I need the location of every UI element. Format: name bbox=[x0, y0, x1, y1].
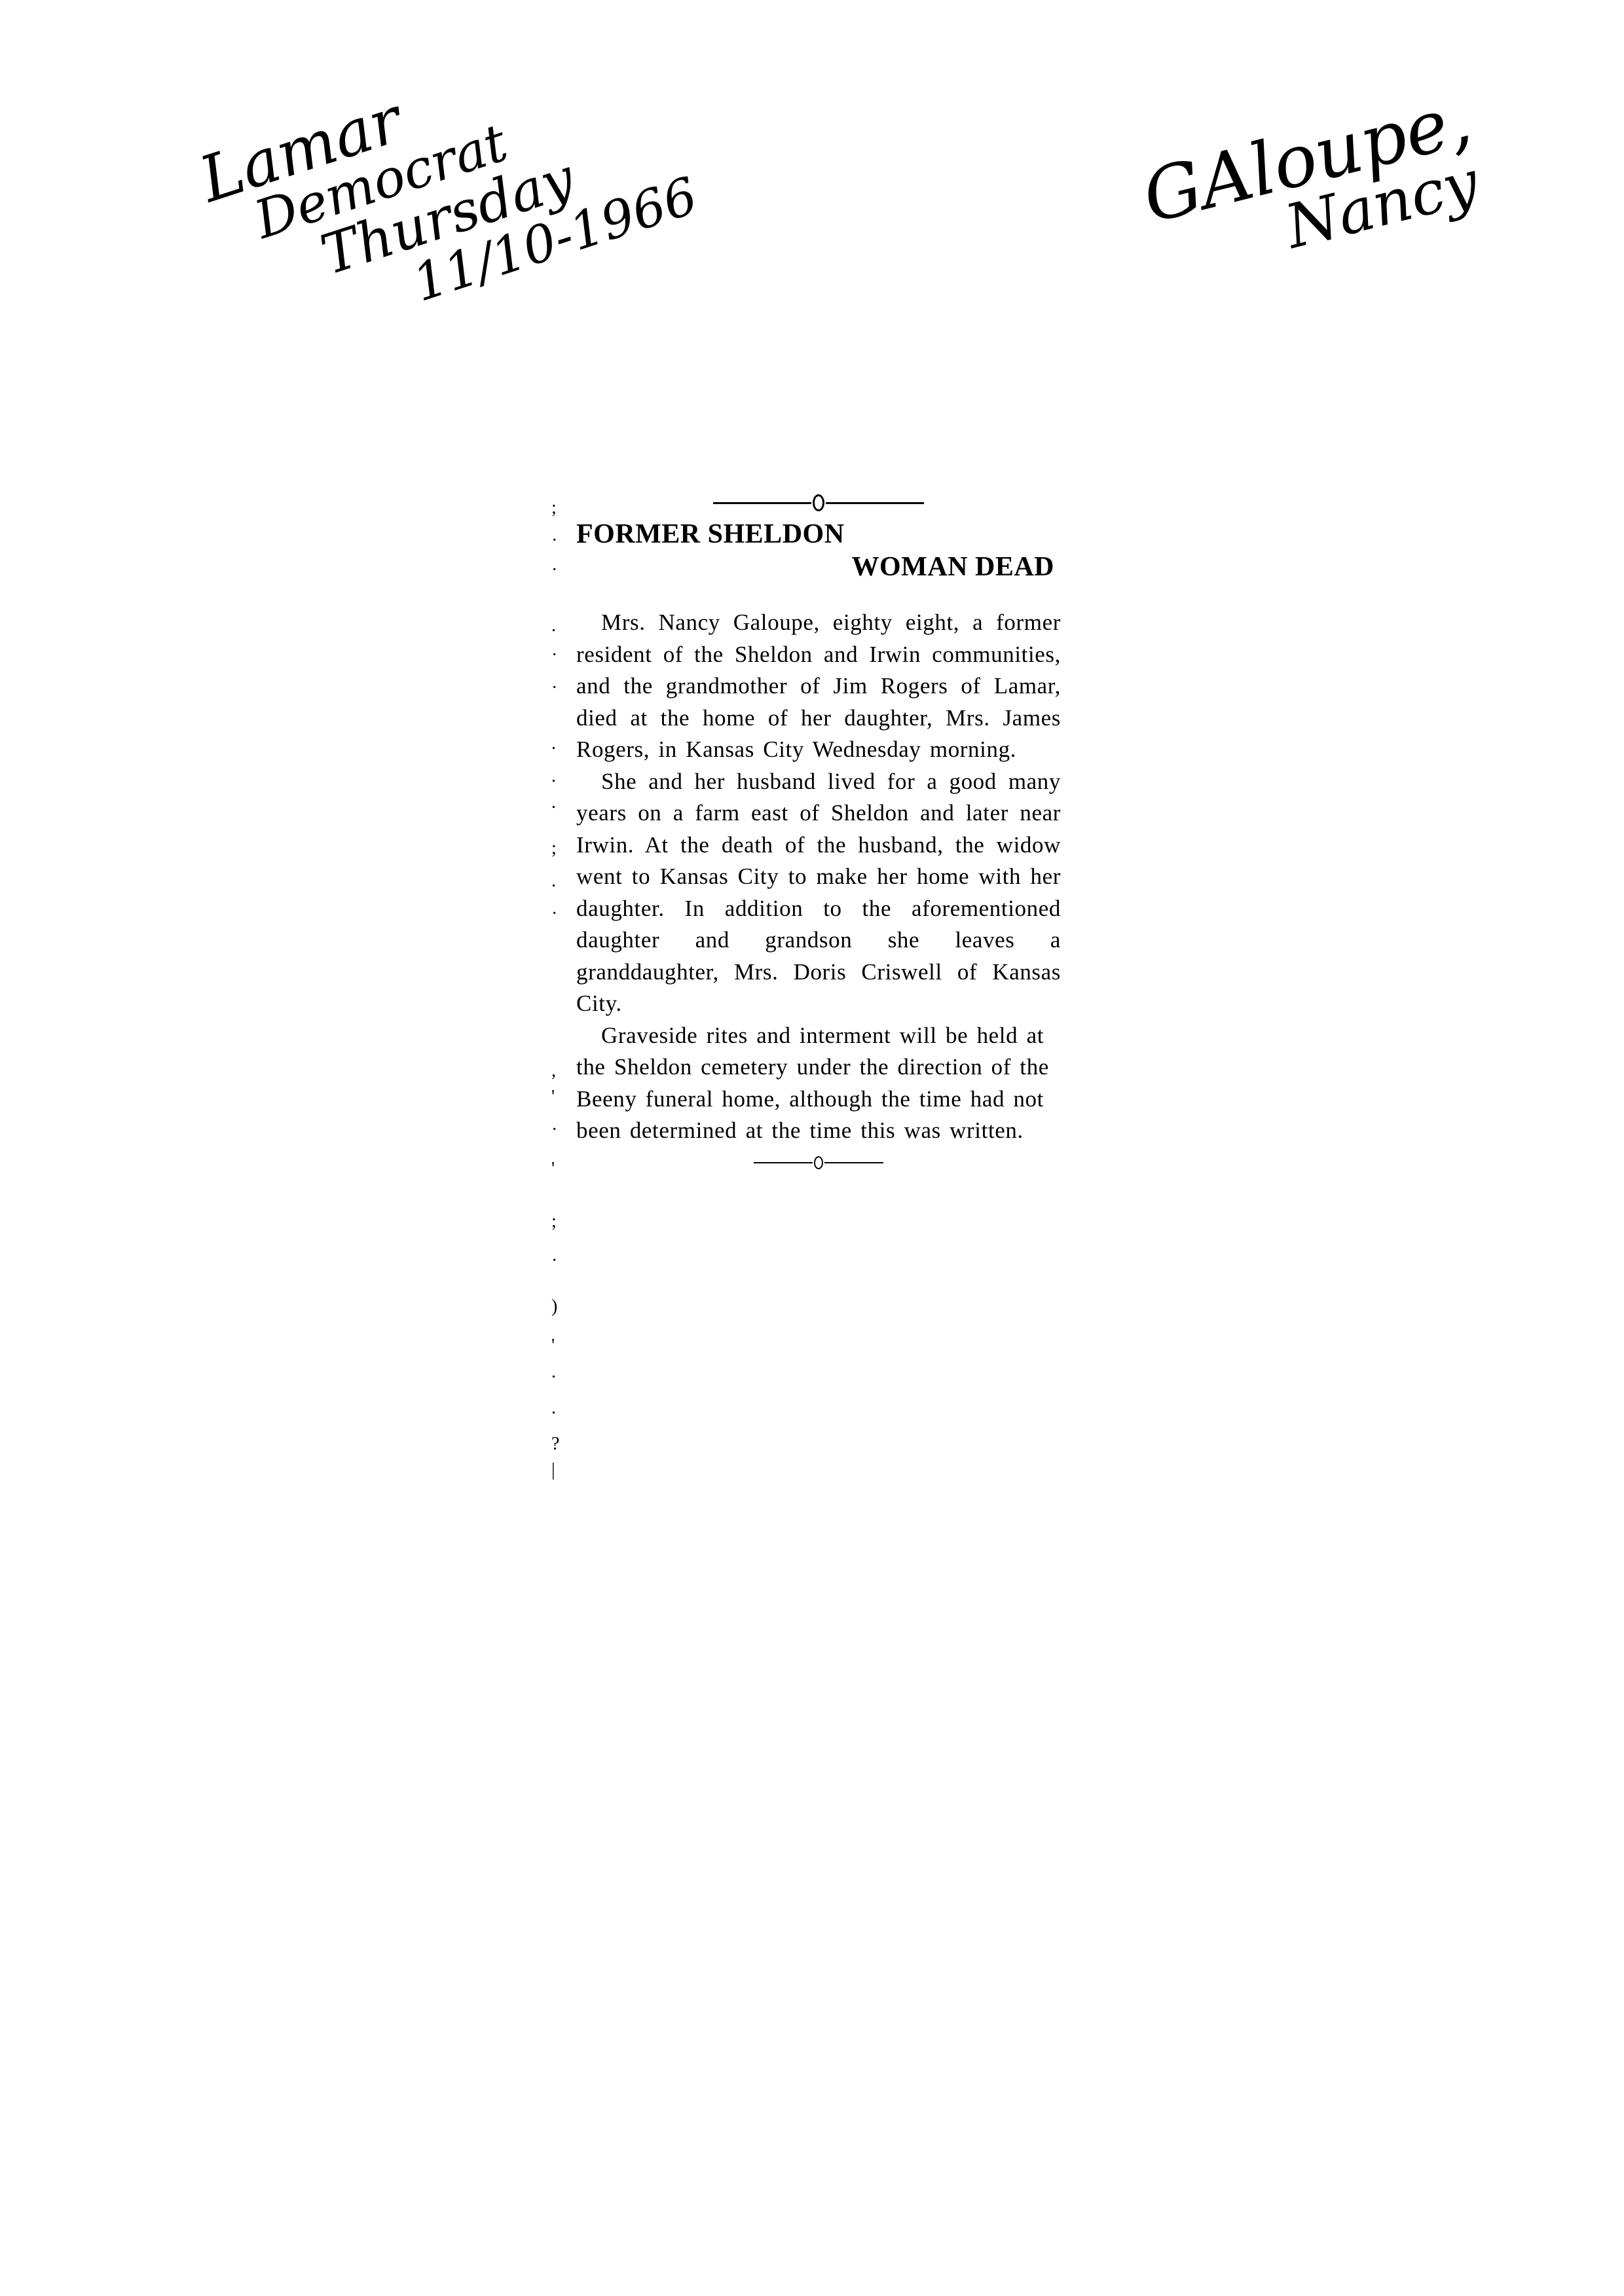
article-paragraph: Graveside rites and interment will be he… bbox=[576, 1020, 1061, 1147]
article-paragraph: She and her husband lived for a good man… bbox=[576, 766, 1061, 1020]
headline: FORMER SHELDON WOMAN DEAD bbox=[576, 518, 1061, 583]
headline-line-1: FORMER SHELDON bbox=[576, 518, 1061, 551]
headline-line-2: WOMAN DEAD bbox=[576, 551, 1061, 583]
article-paragraph: Mrs. Nancy Galoupe, eighty eight, a form… bbox=[576, 607, 1061, 766]
handwritten-subject-name: GAloupe, Nancy bbox=[1136, 83, 1492, 290]
bottom-divider-ornament bbox=[747, 1156, 891, 1169]
clipping-margin-marks: ; · · . · · . . . ; . · , ' · ' ; · ) ' … bbox=[551, 498, 562, 1480]
top-divider-ornament bbox=[701, 494, 936, 511]
article-body: Mrs. Nancy Galoupe, eighty eight, a form… bbox=[576, 607, 1061, 1147]
newspaper-clipping: FORMER SHELDON WOMAN DEAD Mrs. Nancy Gal… bbox=[576, 494, 1061, 1169]
handwritten-source-note: Lamar Democrat Thursday 11/10-1966 bbox=[187, 9, 703, 365]
